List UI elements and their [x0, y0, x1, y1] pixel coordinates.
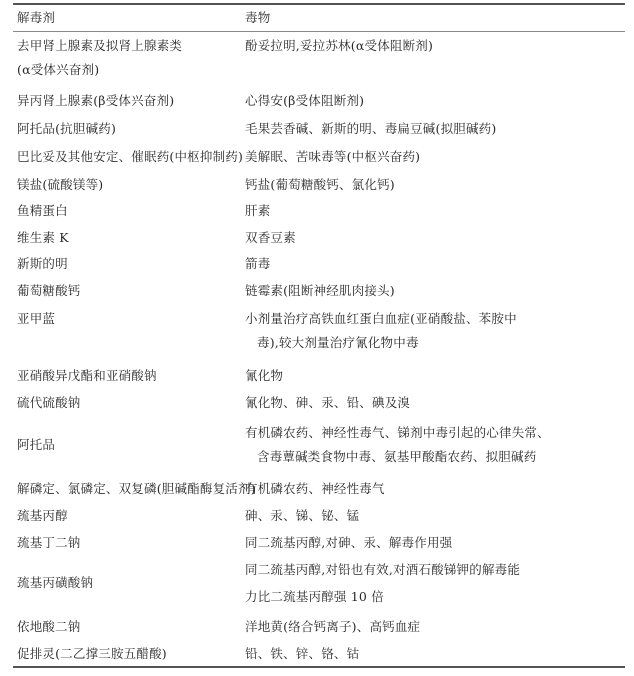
table-row-poison: 洋地黄(络合钙离子)、高钙血症 [245, 615, 420, 639]
table-row-antidote: 解磷定、氯磷定、双复磷(胆碱酯酶复活剂) [17, 477, 256, 501]
table-row-antidote: 阿托品(抗胆碱药) [17, 117, 116, 141]
header-rule [13, 31, 625, 32]
table-row-antidote: 葡萄糖酸钙 [17, 279, 81, 303]
table-row-poison: 有机磷农药、神经性毒气、锑剂中毒引起的心律失常、 含毒蕈碱类食物中毒、氨基甲酸酯… [245, 421, 625, 469]
table-row-antidote: 镁盐(硫酸镁等) [17, 173, 103, 197]
table-row-antidote: 新斯的明 [17, 252, 68, 276]
table-row-antidote: 阿托品 [17, 433, 55, 457]
table-row-poison: 铅、铁、锌、铬、钴 [245, 642, 359, 666]
table-row-antidote: 亚甲蓝 [17, 307, 55, 331]
table-row-poison: 肝素 [245, 199, 270, 223]
table-bottom-rule [13, 666, 625, 668]
table-row-poison: 毛果芸香碱、新斯的明、毒扁豆碱(拟胆碱药) [245, 117, 496, 141]
table-row-poison: 氰化物 [245, 364, 283, 388]
table-row-poison: 有机磷农药、神经性毒气 [245, 477, 385, 501]
table-row-poison: 同二巯基丙醇,对砷、汞、解毒作用强 [245, 531, 452, 555]
table-row-antidote: 鱼精蛋白 [17, 199, 68, 223]
table-row-antidote: 硫代硫酸钠 [17, 391, 81, 415]
table-row-poison: 酚妥拉明,妥拉苏林(α受体阻断剂) [245, 34, 433, 58]
table-row-poison: 美解眠、苦味毒等(中枢兴奋药) [245, 145, 420, 169]
table-row-poison: 氰化物、砷、汞、铅、碘及溴 [245, 391, 410, 415]
table-row-poison: 钙盐(葡萄糖酸钙、氯化钙) [245, 173, 395, 197]
table-row-poison: 双香豆素 [245, 226, 296, 250]
table-row-antidote: 巴比妥及其他安定、催眠药(中枢抑制药) [17, 145, 243, 169]
table-row-antidote: 依地酸二钠 [17, 615, 81, 639]
table-row-antidote: 维生素 K [17, 226, 69, 250]
table-top-rule [13, 3, 625, 5]
table-row-poison: 同二巯基丙醇,对铅也有效,对酒石酸锑钾的解毒能 力比二巯基丙醇强 10 倍 [245, 558, 625, 609]
table-row-antidote: 巯基丙磺酸钠 [17, 571, 93, 595]
table-row-poison: 心得安(β受体阻断剂) [245, 89, 364, 113]
table-row-antidote: 亚硝酸异戊酯和亚硝酸钠 [17, 364, 157, 388]
table-row-antidote: 巯基丙醇 [17, 504, 68, 528]
table-row-poison: 链霉素(阻断神经肌肉接头) [245, 279, 395, 303]
table-row-antidote: 促排灵(二乙撑三胺五醋酸) [17, 642, 167, 666]
table-row-poison: 箭毒 [245, 252, 270, 276]
table-row-poison: 砷、汞、锑、铋、锰 [245, 504, 359, 528]
header-antidote: 解毒剂 [17, 6, 55, 30]
table-row-antidote: 异丙肾上腺素(β受体兴奋剂) [17, 89, 174, 113]
table-row-antidote: 巯基丁二钠 [17, 531, 81, 555]
header-poison: 毒物 [245, 6, 270, 30]
table-row-poison: 小剂量治疗高铁血红蛋白血症(亚硝酸盐、苯胺中 毒),较大剂量治疗氰化物中毒 [245, 307, 625, 355]
